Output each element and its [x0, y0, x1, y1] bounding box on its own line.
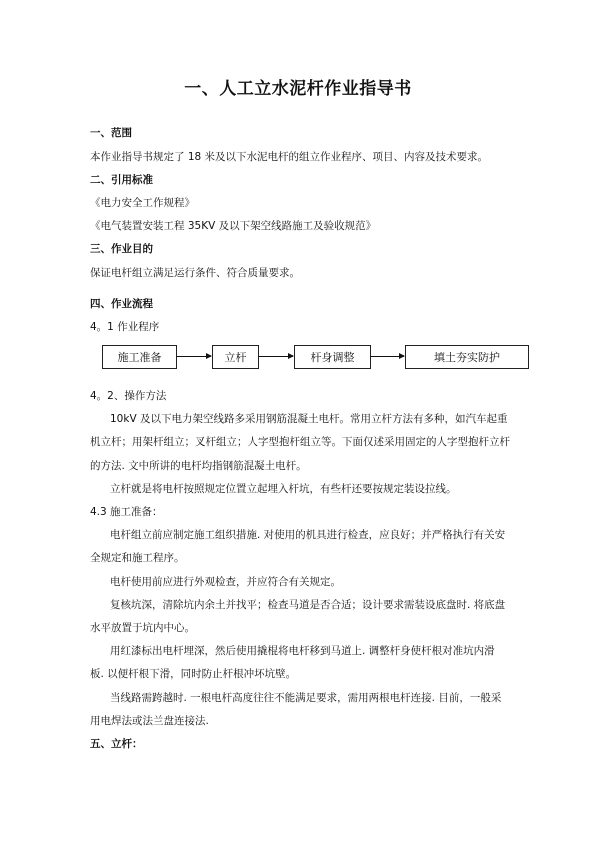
paragraph-line: 电杆使用前应进行外观检查，并应符合有关规定。	[110, 575, 341, 589]
paragraph-line: 全规定和施工程序。	[90, 551, 185, 565]
document-page: 一、人工立水泥杆作业指导书 一、范围 本作业指导书规定了 18 米及以下水泥电杆…	[0, 0, 596, 842]
paragraph-line: 用红漆标出电杆埋深，然后使用撬棍将电杆移到马道上. 调整杆身使杆根对准坑内滑	[110, 644, 495, 658]
section-heading-erect: 五、立杆：	[90, 737, 143, 751]
subheading-procedure: 4。1 作业程序	[90, 320, 159, 334]
paragraph-line: 机立杆；用架杆组立；叉杆组立；人字型抱杆组立等。下面仅述采用固定的人字型抱杆立杆	[90, 435, 510, 449]
arrow-icon	[258, 356, 293, 357]
paragraph-line: 电杆组立前应制定施工组织措施. 对使用的机具进行检查，应良好；并严格执行有关安	[110, 528, 505, 542]
paragraph-line: 用电焊法或法兰盘连接法.	[90, 714, 209, 728]
flow-step-backfill: 填土夯实防护	[405, 345, 529, 369]
paragraph-line: 当线路需跨越时. 一根电杆高度往往不能满足要求，需用两根电杆连接. 目前，一般采	[110, 691, 501, 705]
paragraph-line: 立杆就是将电杆按照规定位置立起埋入杆坑，有些杆还要按规定装设拉线。	[110, 482, 457, 496]
subheading-preparation: 4.3 施工准备：	[90, 505, 163, 519]
section-heading-purpose: 三、作业目的	[90, 242, 153, 256]
paragraph: 保证电杆组立满足运行条件、符合质量要求。	[90, 266, 300, 280]
paragraph: 本作业指导书规定了 18 米及以下水泥电杆的组立作业程序、项目、内容及技术要求。	[90, 150, 488, 164]
section-heading-scope: 一、范围	[90, 126, 132, 140]
document-title: 一、人工立水泥杆作业指导书	[0, 74, 596, 99]
flow-step-preparation: 施工准备	[102, 345, 177, 369]
subheading-method: 4。2、操作方法	[90, 389, 166, 403]
flowchart: 施工准备 立杆 杆身调整 填土夯实防护	[0, 345, 596, 369]
paragraph-line: 10kV 及以下电力架空线路多采用钢筋混凝土电杆。常用立杆方法有多种，如汽车起重	[110, 412, 507, 426]
reference-item: 《电力安全工作规程》	[90, 196, 195, 210]
section-heading-workflow: 四、作业流程	[90, 297, 153, 311]
paragraph-line: 复核坑深，清除坑内余土并找平；检查马道是否合适；设计要求需装设底盘时. 将底盘	[110, 598, 505, 612]
paragraph-line: 板. 以便杆根下滑，同时防止杆根冲坏坑壁。	[90, 667, 296, 681]
paragraph-line: 水平放置于坑内中心。	[90, 621, 195, 635]
reference-item: 《电气装置安装工程 35KV 及以下架空线路施工及验收规范》	[90, 219, 376, 233]
flow-step-erect-pole: 立杆	[212, 345, 259, 369]
arrow-icon	[176, 356, 211, 357]
flow-step-adjust-pole: 杆身调整	[294, 345, 371, 369]
arrow-icon	[370, 356, 404, 357]
paragraph-line: 的方法. 文中所讲的电杆均指钢筋混凝土电杆。	[90, 459, 307, 473]
section-heading-references: 二、引用标准	[90, 173, 153, 187]
